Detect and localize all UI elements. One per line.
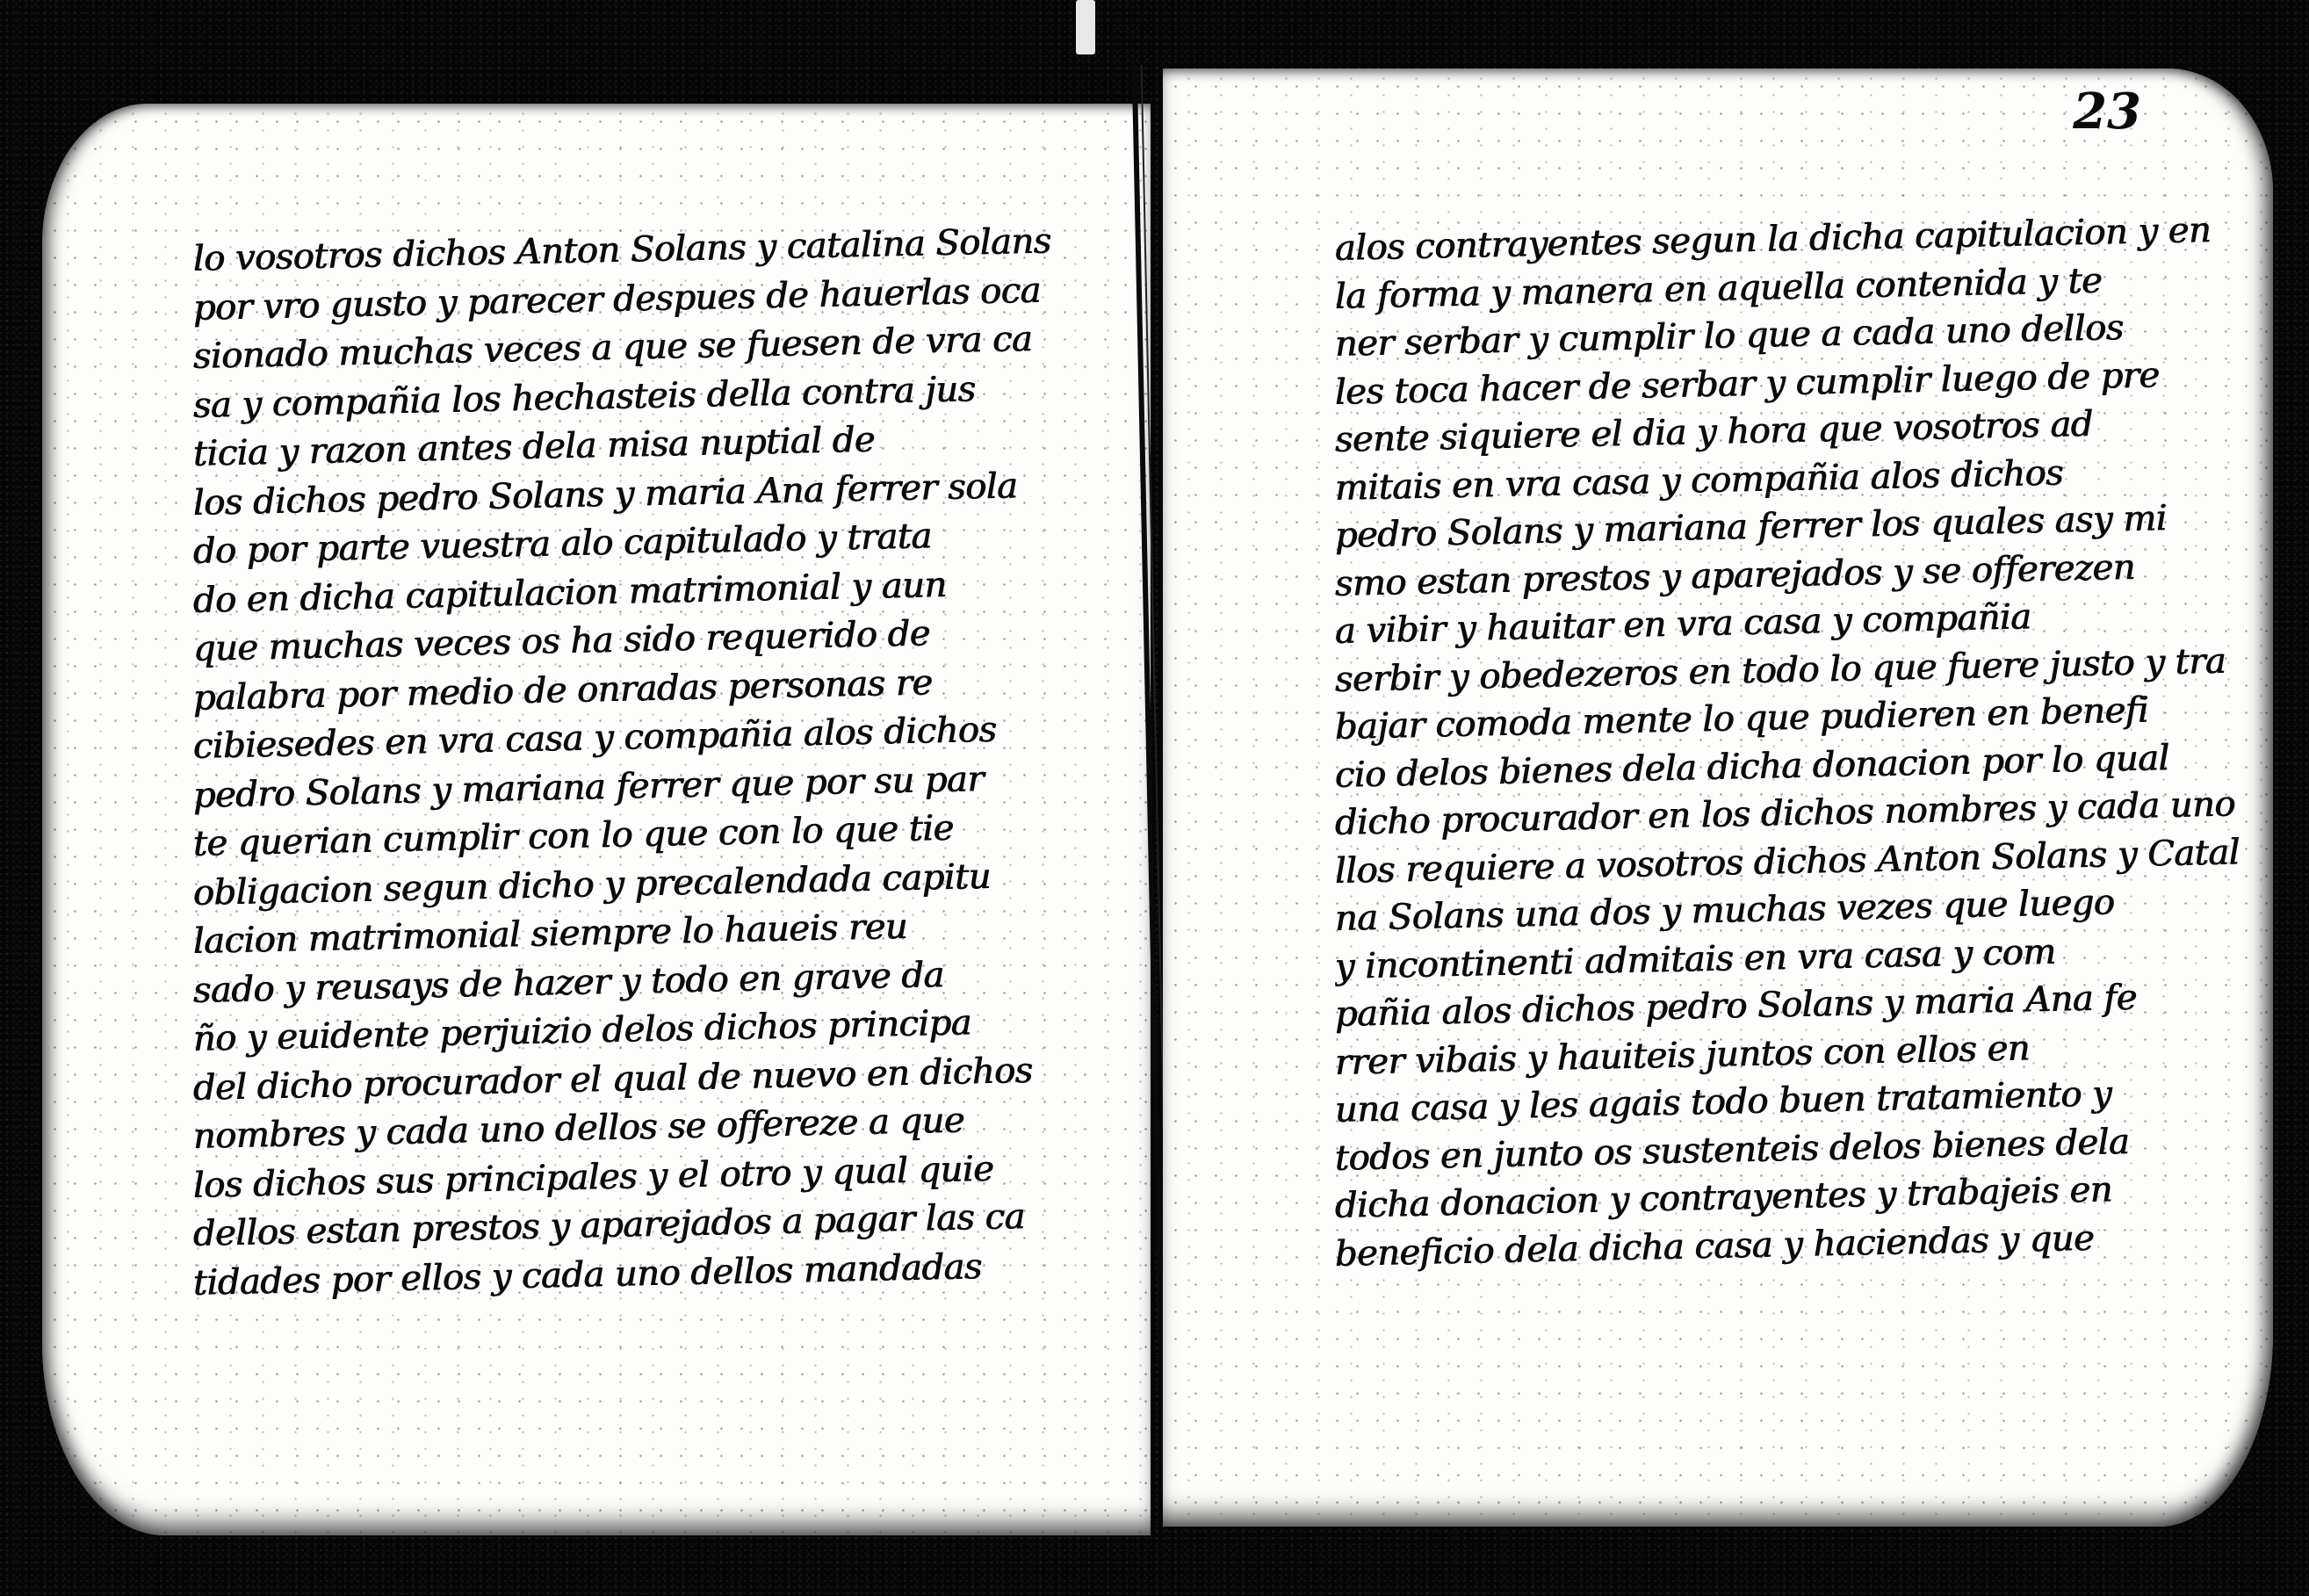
- manuscript-spread: lo vosotros dichos Anton Solans y catali…: [42, 104, 2273, 1535]
- page-number: 23: [2073, 83, 2141, 141]
- right-page-text: alos contrayentes segun la dicha capitul…: [1335, 225, 2240, 1278]
- right-page: 23 alos contrayentes segun la dicha capi…: [1163, 69, 2273, 1527]
- left-page-text: lo vosotros dichos Anton Solans y catali…: [193, 235, 1133, 1308]
- binding-tab: [1076, 0, 1095, 54]
- left-page: lo vosotros dichos Anton Solans y catali…: [42, 104, 1151, 1535]
